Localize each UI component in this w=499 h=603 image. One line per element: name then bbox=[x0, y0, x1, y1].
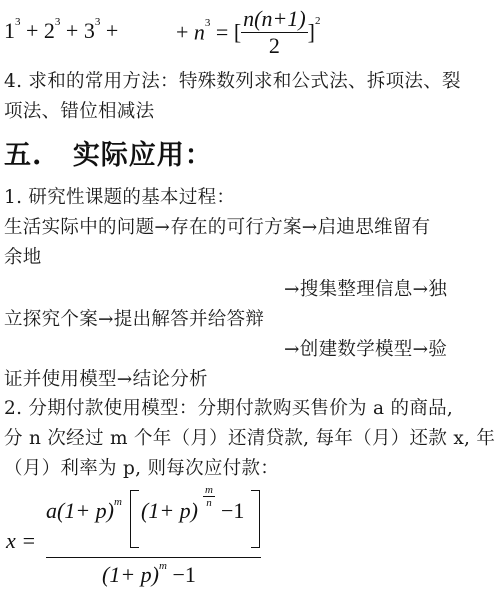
exp: 3 bbox=[55, 16, 61, 28]
bracket-base: (1+ p) bbox=[141, 498, 198, 524]
close-bracket: ] bbox=[308, 20, 315, 45]
equals: = bbox=[216, 20, 228, 45]
term-1: 1 bbox=[4, 18, 15, 43]
plus: + bbox=[26, 18, 38, 43]
term-2: 2 bbox=[44, 18, 55, 43]
bracket-tl bbox=[131, 490, 139, 491]
sum-of-cubes-rhs: + n3 = [n(n+1)2]2 bbox=[176, 6, 321, 59]
den-minus: −1 bbox=[172, 562, 195, 587]
item2-line3: （月）利率为 p, 则每次应付款： bbox=[4, 454, 279, 480]
formula-numerator: a(1+ p)m bbox=[46, 498, 122, 524]
exp-den: n bbox=[203, 496, 215, 509]
sum-of-cubes-formula: 13 + 23 + 33 + bbox=[4, 18, 118, 44]
item1-title: 1. 研究性课题的基本过程： bbox=[4, 183, 235, 209]
outer-exp: 2 bbox=[315, 15, 321, 27]
payment-formula: x = a(1+ p)m (1+ p) mn −1 (1+ p)m −1 bbox=[6, 484, 266, 594]
fraction-bar bbox=[46, 557, 261, 558]
numerator: n(n+1) bbox=[241, 6, 308, 32]
item1-line5: →创建数学模型→验 bbox=[284, 335, 447, 361]
bracket-exponent: mn bbox=[203, 484, 215, 509]
exp-num: m bbox=[203, 484, 215, 496]
item1-line1: 生活实际中的问题→存在的可行方案→启迪思维留有 bbox=[4, 213, 430, 239]
item1-line3: →搜集整理信息→独 bbox=[284, 275, 447, 301]
plus: + bbox=[176, 20, 188, 45]
plus: + bbox=[106, 18, 118, 43]
formula-lhs: x = bbox=[6, 528, 36, 554]
fraction: n(n+1)2 bbox=[241, 6, 308, 59]
item1-line2: 余地 bbox=[4, 243, 42, 269]
item4-line1: 4. 求和的常用方法：特殊数列求和公式法、拆项法、裂 bbox=[4, 67, 461, 93]
bracket-bl bbox=[131, 547, 139, 548]
item1-line6: 证并使用模型→结论分析 bbox=[4, 365, 208, 391]
term-3: 3 bbox=[84, 18, 95, 43]
item1-line4: 立探究个案→提出解答并给答辩 bbox=[4, 305, 264, 331]
n-term: n bbox=[194, 20, 205, 45]
den-base: (1+ p) bbox=[102, 562, 159, 587]
formula-denominator: (1+ p)m −1 bbox=[102, 562, 196, 588]
num-base: a(1+ p) bbox=[46, 498, 114, 523]
open-bracket: [ bbox=[234, 20, 241, 45]
plus: + bbox=[66, 18, 78, 43]
item4-line2: 项法、错位相减法 bbox=[4, 97, 154, 123]
bracket-minus: −1 bbox=[221, 498, 244, 524]
denominator: 2 bbox=[241, 32, 308, 59]
heading-title: 实际应用： bbox=[73, 140, 213, 171]
den-exp: m bbox=[159, 560, 167, 572]
big-bracket: (1+ p) mn −1 bbox=[130, 490, 260, 548]
num-exp: m bbox=[114, 496, 122, 508]
item2-line1: 2. 分期付款使用模型：分期付款购买售价为 a 的商品, bbox=[4, 394, 453, 420]
bracket-tr bbox=[251, 490, 259, 491]
item2-line2: 分 n 次经过 m 个年（月）还清贷款, 每年（月）还款 x, 年 bbox=[4, 424, 495, 450]
bracket-br bbox=[251, 547, 259, 548]
exp: 3 bbox=[95, 16, 101, 28]
section-heading: 五. 实际应用： bbox=[4, 133, 213, 172]
exp: 3 bbox=[15, 16, 21, 28]
heading-number: 五. bbox=[4, 140, 42, 171]
exp: 3 bbox=[205, 17, 211, 29]
